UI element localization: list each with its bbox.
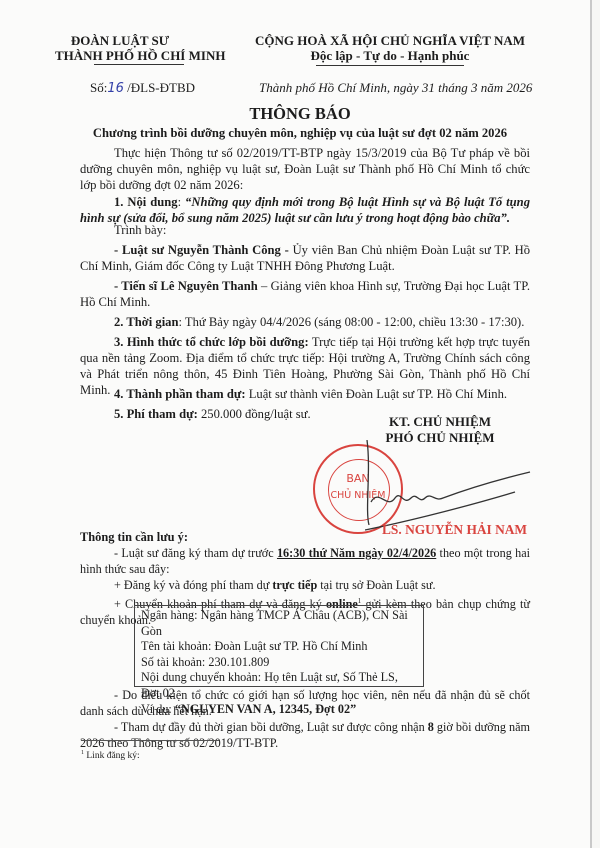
presenter-1: - Luật sư Nguyễn Thành Công - Ủy viên Ba…: [80, 242, 530, 274]
participants-label: 4. Thành phần tham dự:: [114, 387, 246, 401]
content-label: 1. Nội dung: [114, 195, 178, 209]
option1-suffix: tại trụ sở Đoàn Luật sư.: [317, 578, 435, 592]
doc-number-prefix: Số:: [90, 80, 107, 95]
document-title: THÔNG BÁO: [0, 104, 600, 124]
motto-underline: [316, 65, 464, 66]
footnote-text: Link đăng ký:: [84, 751, 140, 761]
doc-number: Số:16 /ĐLS-ĐTBD: [90, 80, 195, 96]
footnote: 1 Link đăng ký:: [81, 750, 140, 761]
presenters-label: Trình bày:: [80, 222, 530, 238]
org-underline: [94, 64, 184, 65]
org-name-line1: ĐOÀN LUẬT SƯ: [55, 33, 185, 49]
option1-prefix: + Đăng ký và đóng phí tham dự: [114, 578, 272, 592]
time-text: : Thứ Bảy ngày 04/4/2026 (sáng 08:00 - 1…: [179, 315, 525, 329]
signature-title-1: KT. CHỦ NHIỆM: [370, 414, 510, 430]
section-participants: 4. Thành phần tham dự: Luật sư thành viê…: [80, 386, 530, 402]
hours-prefix: - Tham dự đầy đủ thời gian bồi dưỡng, Lu…: [114, 720, 428, 734]
handwritten-signature: [365, 440, 535, 535]
document-subtitle: Chương trình bồi dưỡng chuyên môn, nghiệ…: [0, 126, 600, 141]
doc-number-handwritten: 16: [107, 81, 124, 96]
reg-prefix: - Luật sư đăng ký tham dự trước: [114, 546, 277, 560]
note-hours: - Tham dự đầy đủ thời gian bồi dưỡng, Lu…: [80, 720, 530, 751]
org-name-line2: THÀNH PHỐ HỒ CHÍ MINH: [55, 48, 185, 64]
document-page: ĐOÀN LUẬT SƯ THÀNH PHỐ HỒ CHÍ MINH Số:16…: [0, 0, 592, 848]
place-date: Thành phố Hồ Chí Minh, ngày 31 tháng 3 n…: [259, 80, 532, 96]
format-label: 3. Hình thức tổ chức lớp bồi dưỡng:: [114, 335, 309, 349]
note-option-1: + Đăng ký và đóng phí tham dự trực tiếp …: [80, 578, 530, 594]
nation-motto: Độc lập - Tự do - Hạnh phúc: [255, 48, 525, 64]
bank-info-box: Ngân hàng: Ngân hàng TMCP Á Châu (ACB), …: [134, 605, 424, 687]
time-label: 2. Thời gian: [114, 315, 179, 329]
nation-title: CỘNG HOÀ XÃ HỘI CHỦ NGHĨA VIỆT NAM: [255, 33, 525, 49]
footnote-separator: [81, 740, 219, 741]
reg-deadline: 16:30 thứ Năm ngày 02/4/2026: [277, 546, 436, 560]
note-limit: - Do điều kiện tổ chức có giới hạn số lư…: [80, 688, 530, 719]
bank-name: Ngân hàng: Ngân hàng TMCP Á Châu (ACB), …: [141, 608, 417, 639]
fee-text: 250.000 đồng/luật sư.: [198, 407, 311, 421]
notes-heading: Thông tin cần lưu ý:: [80, 530, 188, 545]
presenter-2: - Tiến sĩ Lê Nguyên Thanh – Giảng viên k…: [80, 278, 530, 310]
participants-text: Luật sư thành viên Đoàn Luật sư TP. Hồ C…: [246, 387, 507, 401]
presenter-1-name: - Luật sư Nguyễn Thành Công -: [114, 243, 289, 257]
account-name: Tên tài khoản: Đoàn Luật sư TP. Hồ Chí M…: [141, 639, 417, 655]
option1-bold: trực tiếp: [272, 578, 317, 592]
section-time: 2. Thời gian: Thứ Bảy ngày 04/4/2026 (sá…: [80, 314, 530, 330]
note-registration: - Luật sư đăng ký tham dự trước 16:30 th…: [80, 546, 530, 577]
fee-label: 5. Phí tham dự:: [114, 407, 198, 421]
presenter-2-name: - Tiến sĩ Lê Nguyên Thanh: [114, 279, 258, 293]
intro-paragraph: Thực hiện Thông tư số 02/2019/TT-BTP ngà…: [80, 145, 530, 193]
account-number: Số tài khoản: 230.101.809: [141, 655, 417, 671]
doc-number-suffix: /ĐLS-ĐTBD: [124, 80, 195, 95]
signer-name: LS. NGUYỄN HẢI NAM: [382, 522, 527, 538]
